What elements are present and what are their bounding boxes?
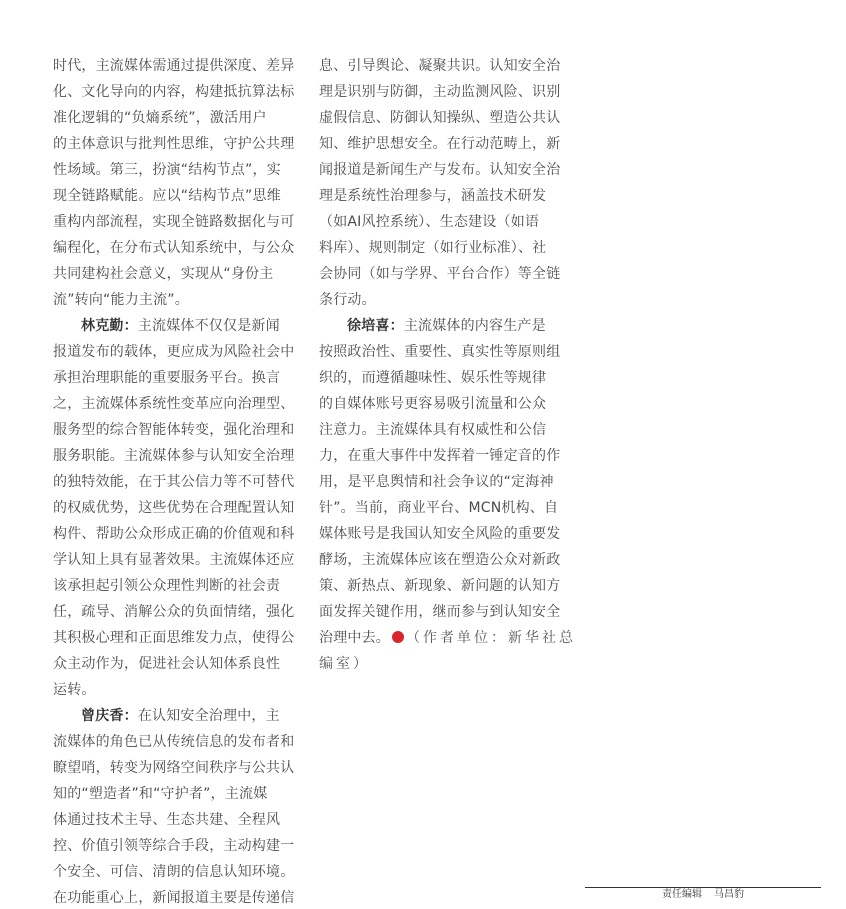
text-line: 重构内部流程，实现全链路数据化与可 (53, 209, 291, 235)
author-affiliation-continued: 编室） (319, 651, 557, 677)
paragraph-start-zeng-qingxiang: 曾庆香：在认知安全治理中，主 (53, 703, 291, 729)
text-line: 媒体账号是我国认知安全风险的重要发 (319, 521, 557, 547)
text-line: 共同建构社会意义，实现从“身份主 (53, 261, 291, 287)
text-line: 控、价值引领等综合手段，主动构建一 (53, 833, 291, 859)
text-line: 的主体意识与批判性思维，守护公共理 (53, 131, 291, 157)
text-line: 编程化，在分布式认知系统中，与公众 (53, 235, 291, 261)
text-segment: 主流媒体的内容生产是 (404, 318, 546, 334)
text-line: 息、引导舆论、凝聚共识。认知安全治 (319, 53, 557, 79)
speaker-name: 林克勤： (81, 318, 138, 334)
text-line: 的独特效能，在于其公信力等不可替代 (53, 469, 291, 495)
left-column: 时代，主流媒体需通过提供深度、差异 化、文化导向的内容，构建抵抗算法标 准化逻辑… (53, 53, 291, 909)
author-affiliation: （作者单位：新华社总 (406, 630, 576, 646)
editor-credit: 责任编辑马昌豹 (585, 888, 821, 902)
text-line: 准化逻辑的“负熵系统”，激活用户 (53, 105, 291, 131)
text-line: 面发挥关键作用，继而参与到认知安全 (319, 599, 557, 625)
closing-line: 治理中去。（作者单位：新华社总 (319, 625, 557, 651)
editor-name: 马昌豹 (714, 889, 744, 900)
text-line: 酵场，主流媒体应该在塑造公众对新政 (319, 547, 557, 573)
speaker-name: 曾庆香： (81, 708, 138, 724)
text-line: 闻报道是新闻生产与发布。认知安全治 (319, 157, 557, 183)
text-line: 时代，主流媒体需通过提供深度、差异 (53, 53, 291, 79)
right-column: 息、引导舆论、凝聚共识。认知安全治 理是识别与防御，主动监测风险、识别 虚假信息… (319, 53, 557, 677)
text-line: 的权威优势，这些优势在合理配置认知 (53, 495, 291, 521)
text-line: 体通过技术主导、生态共建、全程风 (53, 807, 291, 833)
text-line: 虚假信息、防御认知操纵、塑造公共认 (319, 105, 557, 131)
text-segment: 在认知安全治理中，主 (138, 708, 280, 724)
text-line: 承担治理职能的重要服务平台。换言 (53, 365, 291, 391)
text-line: 化、文化导向的内容，构建抵抗算法标 (53, 79, 291, 105)
text-line: （如AI风控系统）、生态建设（如语 (319, 209, 557, 235)
editor-label: 责任编辑 (662, 889, 702, 900)
text-line: 瞭望哨，转变为网络空间秩序与公共认 (53, 755, 291, 781)
text-line: 按照政治性、重要性、真实性等原则组 (319, 339, 557, 365)
red-seal-end-mark-icon (392, 631, 404, 643)
text-line: 服务型的综合智能体转变，强化治理和 (53, 417, 291, 443)
text-segment: 主流媒体不仅仅是新闻 (138, 318, 280, 334)
text-line: 性场域。第三，扮演“结构节点”，实 (53, 157, 291, 183)
text-line: 力，在重大事件中发挥着一锤定音的作 (319, 443, 557, 469)
text-line: 的自媒体账号更容易吸引流量和公众 (319, 391, 557, 417)
text-line: 现全链路赋能。应以“结构节点”思维 (53, 183, 291, 209)
text-line: 流媒体的角色已从传统信息的发布者和 (53, 729, 291, 755)
text-line: 流”转向“能力主流”。 (53, 287, 291, 313)
text-line: 其积极心理和正面思维发力点，使得公 (53, 625, 291, 651)
text-line: 服务职能。主流媒体参与认知安全治理 (53, 443, 291, 469)
text-line: 构件、帮助公众形成正确的价值观和科 (53, 521, 291, 547)
text-line: 众主动作为，促进社会认知体系良性 (53, 651, 291, 677)
text-line: 报道发布的载体，更应成为风险社会中 (53, 339, 291, 365)
text-line: 注意力。主流媒体具有权威性和公信 (319, 417, 557, 443)
text-segment: 治理中去。 (319, 630, 390, 646)
text-line: 在功能重心上，新闻报道主要是传递信 (53, 885, 291, 909)
text-line: 织的，而遵循趣味性、娱乐性等规律 (319, 365, 557, 391)
text-line: 会协同（如与学界、平台合作）等全链 (319, 261, 557, 287)
text-line: 针”。当前，商业平台、MCN机构、自 (319, 495, 557, 521)
paragraph-start-xu-peixi: 徐培喜：主流媒体的内容生产是 (319, 313, 557, 339)
speaker-name: 徐培喜： (347, 318, 404, 334)
text-line: 学认知上具有显著效果。主流媒体还应 (53, 547, 291, 573)
text-line: 知的“塑造者”和“守护者”，主流媒 (53, 781, 291, 807)
text-line: 之，主流媒体系统性变革应向治理型、 (53, 391, 291, 417)
text-line: 任，疏导、消解公众的负面情绪，强化 (53, 599, 291, 625)
text-line: 运转。 (53, 677, 291, 703)
text-line: 理是识别与防御，主动监测风险、识别 (319, 79, 557, 105)
text-line: 理是系统性治理参与，涵盖技术研发 (319, 183, 557, 209)
text-line: 用，是平息舆情和社会争议的“定海神 (319, 469, 557, 495)
text-line: 该承担起引领公众理性判断的社会责 (53, 573, 291, 599)
text-line: 知、维护思想安全。在行动范畴上，新 (319, 131, 557, 157)
text-line: 料库）、规则制定（如行业标准）、社 (319, 235, 557, 261)
text-line: 条行动。 (319, 287, 557, 313)
paragraph-start-lin-keqin: 林克勤：主流媒体不仅仅是新闻 (53, 313, 291, 339)
text-line: 策、新热点、新现象、新问题的认知方 (319, 573, 557, 599)
text-line: 个安全、可信、清朗的信息认知环境。 (53, 859, 291, 885)
